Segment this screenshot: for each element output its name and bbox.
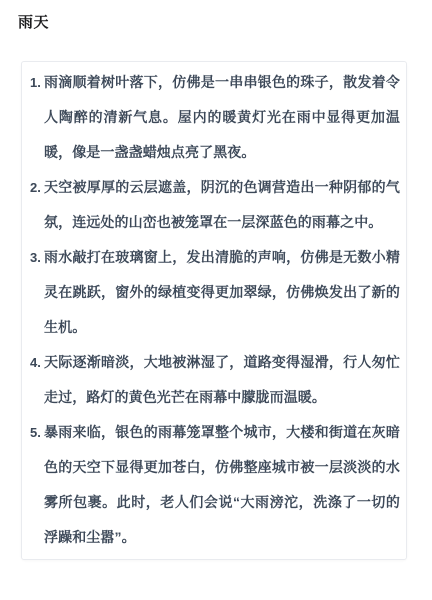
list-item-text: 暴雨来临，银色的雨幕笼罩整个城市，大楼和街道在灰暗色的天空下显得更加苍白，仿佛整… (44, 415, 400, 555)
list-item: 5. 暴雨来临，银色的雨幕笼罩整个城市，大楼和街道在灰暗色的天空下显得更加苍白，… (30, 415, 400, 555)
list-item-text: 雨滴顺着树叶落下，仿佛是一串串银色的珠子，散发着令人陶醉的清新气息。屋内的暖黄灯… (44, 65, 400, 170)
page-title: 雨天 (18, 11, 49, 32)
list-item-number: 1. (30, 65, 44, 100)
list-item: 4. 天际逐渐暗淡，大地被淋湿了，道路变得湿滑，行人匆忙走过，路灯的黄色光芒在雨… (30, 345, 400, 415)
list-item-text: 天际逐渐暗淡，大地被淋湿了，道路变得湿滑，行人匆忙走过，路灯的黄色光芒在雨幕中朦… (44, 345, 400, 415)
content-card: 1. 雨滴顺着树叶落下，仿佛是一串串银色的珠子，散发着令人陶醉的清新气息。屋内的… (21, 61, 407, 560)
list-item-text: 天空被厚厚的云层遮盖，阴沉的色调营造出一种阴郁的气氛，连远处的山峦也被笼罩在一层… (44, 170, 400, 240)
list-item-number: 4. (30, 345, 44, 380)
list-item: 3. 雨水敲打在玻璃窗上，发出清脆的声响，仿佛是无数小精灵在跳跃，窗外的绿植变得… (30, 240, 400, 345)
list-item-number: 5. (30, 415, 44, 450)
list-item-text: 雨水敲打在玻璃窗上，发出清脆的声响，仿佛是无数小精灵在跳跃，窗外的绿植变得更加翠… (44, 240, 400, 345)
list-item: 1. 雨滴顺着树叶落下，仿佛是一串串银色的珠子，散发着令人陶醉的清新气息。屋内的… (30, 65, 400, 170)
list-item-number: 2. (30, 170, 44, 205)
list-item: 2. 天空被厚厚的云层遮盖，阴沉的色调营造出一种阴郁的气氛，连远处的山峦也被笼罩… (30, 170, 400, 240)
list-item-number: 3. (30, 240, 44, 275)
document-page: 雨天 1. 雨滴顺着树叶落下，仿佛是一串串银色的珠子，散发着令人陶醉的清新气息。… (0, 0, 432, 600)
